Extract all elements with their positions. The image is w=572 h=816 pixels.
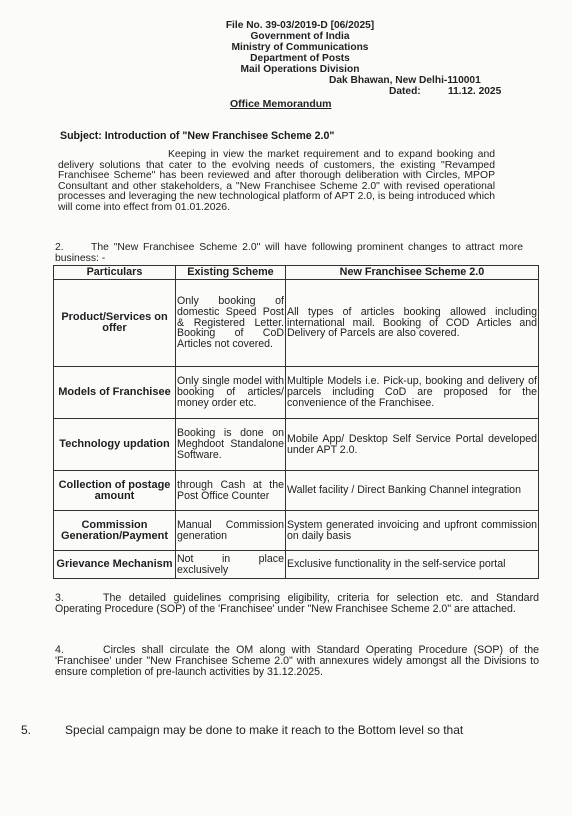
paragraph-5: 5.Special campaign may be done to make i… bbox=[21, 723, 463, 737]
ministry-name: Ministry of Communications bbox=[150, 42, 450, 54]
paragraph-text: Circles shall circulate the OM along wit… bbox=[55, 644, 539, 678]
dated-label: Dated: bbox=[389, 86, 421, 98]
office-address: Dak Bhawan, New Delhi-110001 bbox=[329, 75, 481, 87]
existing-scheme-cell: Not in place exclusively bbox=[176, 551, 286, 579]
scheme-comparison-table: Particulars Existing Scheme New Franchis… bbox=[53, 265, 539, 579]
document-date: 11.12. 2025 bbox=[448, 86, 501, 98]
particular-cell: Grievance Mechanism bbox=[54, 551, 176, 579]
division-name: Mail Operations Division bbox=[150, 64, 450, 76]
paragraph-1: Keeping in view the market requirement a… bbox=[58, 150, 495, 214]
subject-line: Subject: Introduction of "New Franchisee… bbox=[60, 130, 334, 142]
existing-scheme-cell: Booking is done on Meghdoot Standalone S… bbox=[176, 419, 286, 471]
particular-cell: Technology updation bbox=[54, 419, 176, 471]
existing-scheme-cell: Only single model with booking of articl… bbox=[176, 367, 286, 419]
table-row: Grievance Mechanism Not in place exclusi… bbox=[54, 551, 539, 579]
paragraph-3: 3.The detailed guidelines comprising eli… bbox=[55, 593, 539, 615]
particular-cell: Commission Generation/Payment bbox=[54, 511, 176, 551]
file-number: File No. 39-03/2019-D [06/2025] bbox=[150, 20, 450, 32]
particular-cell: Product/Services on offer bbox=[54, 280, 176, 367]
paragraph-number: 5. bbox=[21, 723, 65, 737]
government-name: Government of India bbox=[150, 31, 450, 43]
department-name: Department of Posts bbox=[150, 53, 450, 65]
new-scheme-cell: System generated invoicing and upfront c… bbox=[286, 511, 539, 551]
particular-cell: Collection of postage amount bbox=[54, 471, 176, 511]
paragraph-text: The "New Franchisee Scheme 2.0" will hav… bbox=[55, 242, 523, 264]
existing-scheme-cell: Manual Commission generation bbox=[176, 511, 286, 551]
existing-scheme-cell: Only booking of domestic Speed Post & Re… bbox=[176, 280, 286, 367]
paragraph-2: 2.The "New Franchisee Scheme 2.0" will h… bbox=[55, 243, 523, 264]
column-header-particulars: Particulars bbox=[54, 266, 176, 280]
column-header-existing: Existing Scheme bbox=[176, 266, 286, 280]
particular-cell: Models of Franchisee bbox=[54, 367, 176, 419]
new-scheme-cell: Mobile App/ Desktop Self Service Portal … bbox=[286, 419, 539, 471]
table-row: Commission Generation/Payment Manual Com… bbox=[54, 511, 539, 551]
document-type-title: Office Memorandum bbox=[230, 98, 332, 110]
table-row: Product/Services on offer Only booking o… bbox=[54, 280, 539, 367]
new-scheme-cell: Wallet facility / Direct Banking Channel… bbox=[286, 471, 539, 511]
column-header-new: New Franchisee Scheme 2.0 bbox=[286, 266, 539, 280]
existing-scheme-cell: through Cash at the Post Office Counter bbox=[176, 471, 286, 511]
paragraph-text: Special campaign may be done to make it … bbox=[65, 723, 463, 737]
table-row: Collection of postage amount through Cas… bbox=[54, 471, 539, 511]
new-scheme-cell: Multiple Models i.e. Pick-up, booking an… bbox=[286, 367, 539, 419]
new-scheme-cell: All types of articles booking allowed in… bbox=[286, 280, 539, 367]
paragraph-4: 4.Circles shall circulate the OM along w… bbox=[55, 645, 539, 678]
table-header-row: Particulars Existing Scheme New Franchis… bbox=[54, 266, 539, 280]
paragraph-text: The detailed guidelines comprising eligi… bbox=[55, 592, 539, 615]
table-row: Models of Franchisee Only single model w… bbox=[54, 367, 539, 419]
new-scheme-cell: Exclusive functionality in the self-serv… bbox=[286, 551, 539, 579]
table-row: Technology updation Booking is done on M… bbox=[54, 419, 539, 471]
document-page: File No. 39-03/2019-D [06/2025] Governme… bbox=[0, 0, 572, 816]
